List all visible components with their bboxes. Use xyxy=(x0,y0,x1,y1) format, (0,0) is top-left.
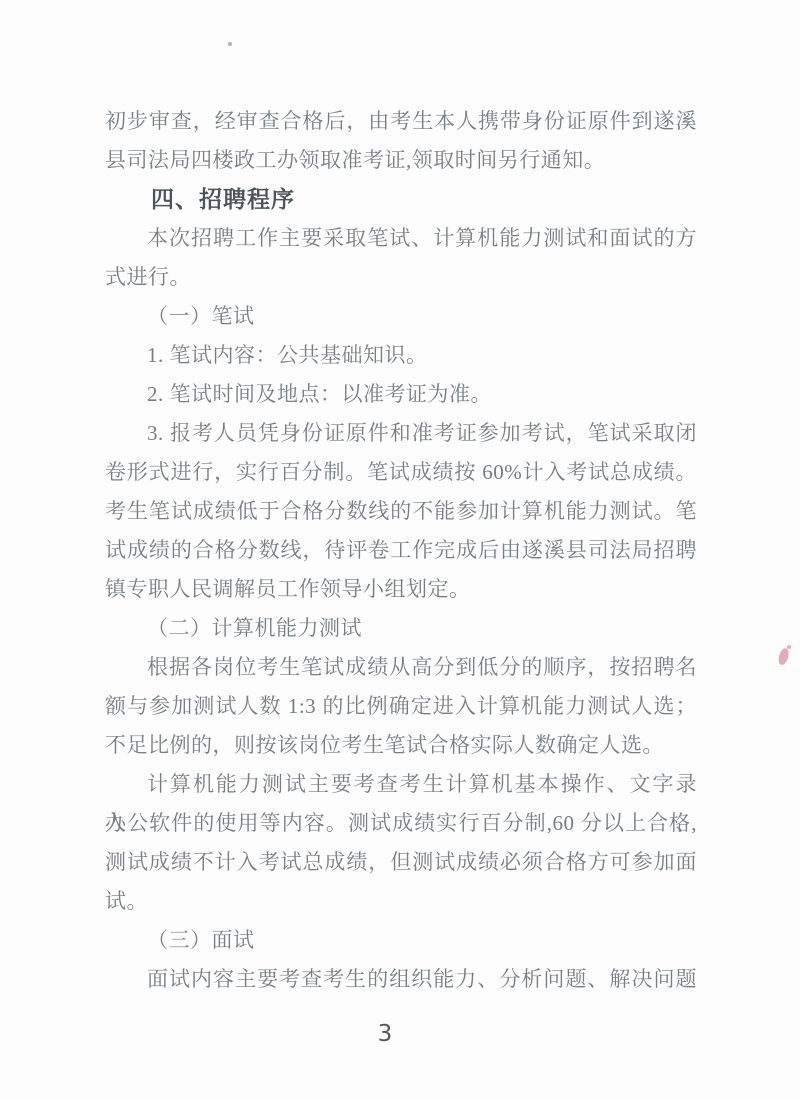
text-line: 测试成绩不计入考试总成绩，但测试成绩必须合格方可参加面 xyxy=(105,843,697,882)
scan-smudge-dot-icon xyxy=(787,645,791,649)
text-line: （二）计算机能力测试 xyxy=(105,609,697,648)
text-line: 试。 xyxy=(105,882,697,921)
text-line: 镇专职人民调解员工作领导小组划定。 xyxy=(105,570,697,609)
text-line: 初步审查，经审查合格后，由考生本人携带身份证原件到遂溪 xyxy=(105,102,697,141)
text-line: 额与参加测试人数 1:3 的比例确定进入计算机能力测试人选； xyxy=(105,687,697,726)
text-line: 根据各岗位考生笔试成绩从高分到低分的顺序，按招聘名 xyxy=(105,648,697,687)
document-page: 初步审查，经审查合格后，由考生本人携带身份证原件到遂溪县司法局四楼政工办领取准考… xyxy=(0,0,800,1100)
text-line: 不足比例的，则按该岗位考生笔试合格实际人数确定人选。 xyxy=(105,726,697,765)
text-line: 3. 报考人员凭身份证原件和准考证参加考试，笔试采取闭 xyxy=(105,414,697,453)
page-number: 3 xyxy=(345,1020,425,1048)
text-line: 1. 笔试内容：公共基础知识。 xyxy=(105,336,697,375)
text-line: 面试内容主要考查考生的组织能力、分析问题、解决问题 xyxy=(105,960,697,999)
text-line: 计算机能力测试主要考查考生计算机基本操作、文字录入、 xyxy=(105,765,697,804)
text-line: 本次招聘工作主要采取笔试、计算机能力测试和面试的方 xyxy=(105,219,697,258)
text-line: 县司法局四楼政工办领取准考证,领取时间另行通知。 xyxy=(105,141,697,180)
text-line: 卷形式进行，实行百分制。笔试成绩按 60%计入考试总成绩。 xyxy=(105,453,697,492)
text-line: 式进行。 xyxy=(105,258,697,297)
scan-smudge-icon xyxy=(777,647,789,665)
text-line: 考生笔试成绩低于合格分数线的不能参加计算机能力测试。笔 xyxy=(105,492,697,531)
text-line: 试成绩的合格分数线，待评卷工作完成后由遂溪县司法局招聘 xyxy=(105,531,697,570)
text-line: 2. 笔试时间及地点：以准考证为准。 xyxy=(105,375,697,414)
text-line: （一）笔试 xyxy=(105,297,697,336)
section-heading: 四、招聘程序 xyxy=(105,180,697,219)
document-body: 初步审查，经审查合格后，由考生本人携带身份证原件到遂溪县司法局四楼政工办领取准考… xyxy=(105,102,697,999)
text-line: 办公软件的使用等内容。测试成绩实行百分制,60 分以上合格, xyxy=(105,804,697,843)
text-line: （三）面试 xyxy=(105,921,697,960)
scan-speck-icon xyxy=(228,42,232,46)
